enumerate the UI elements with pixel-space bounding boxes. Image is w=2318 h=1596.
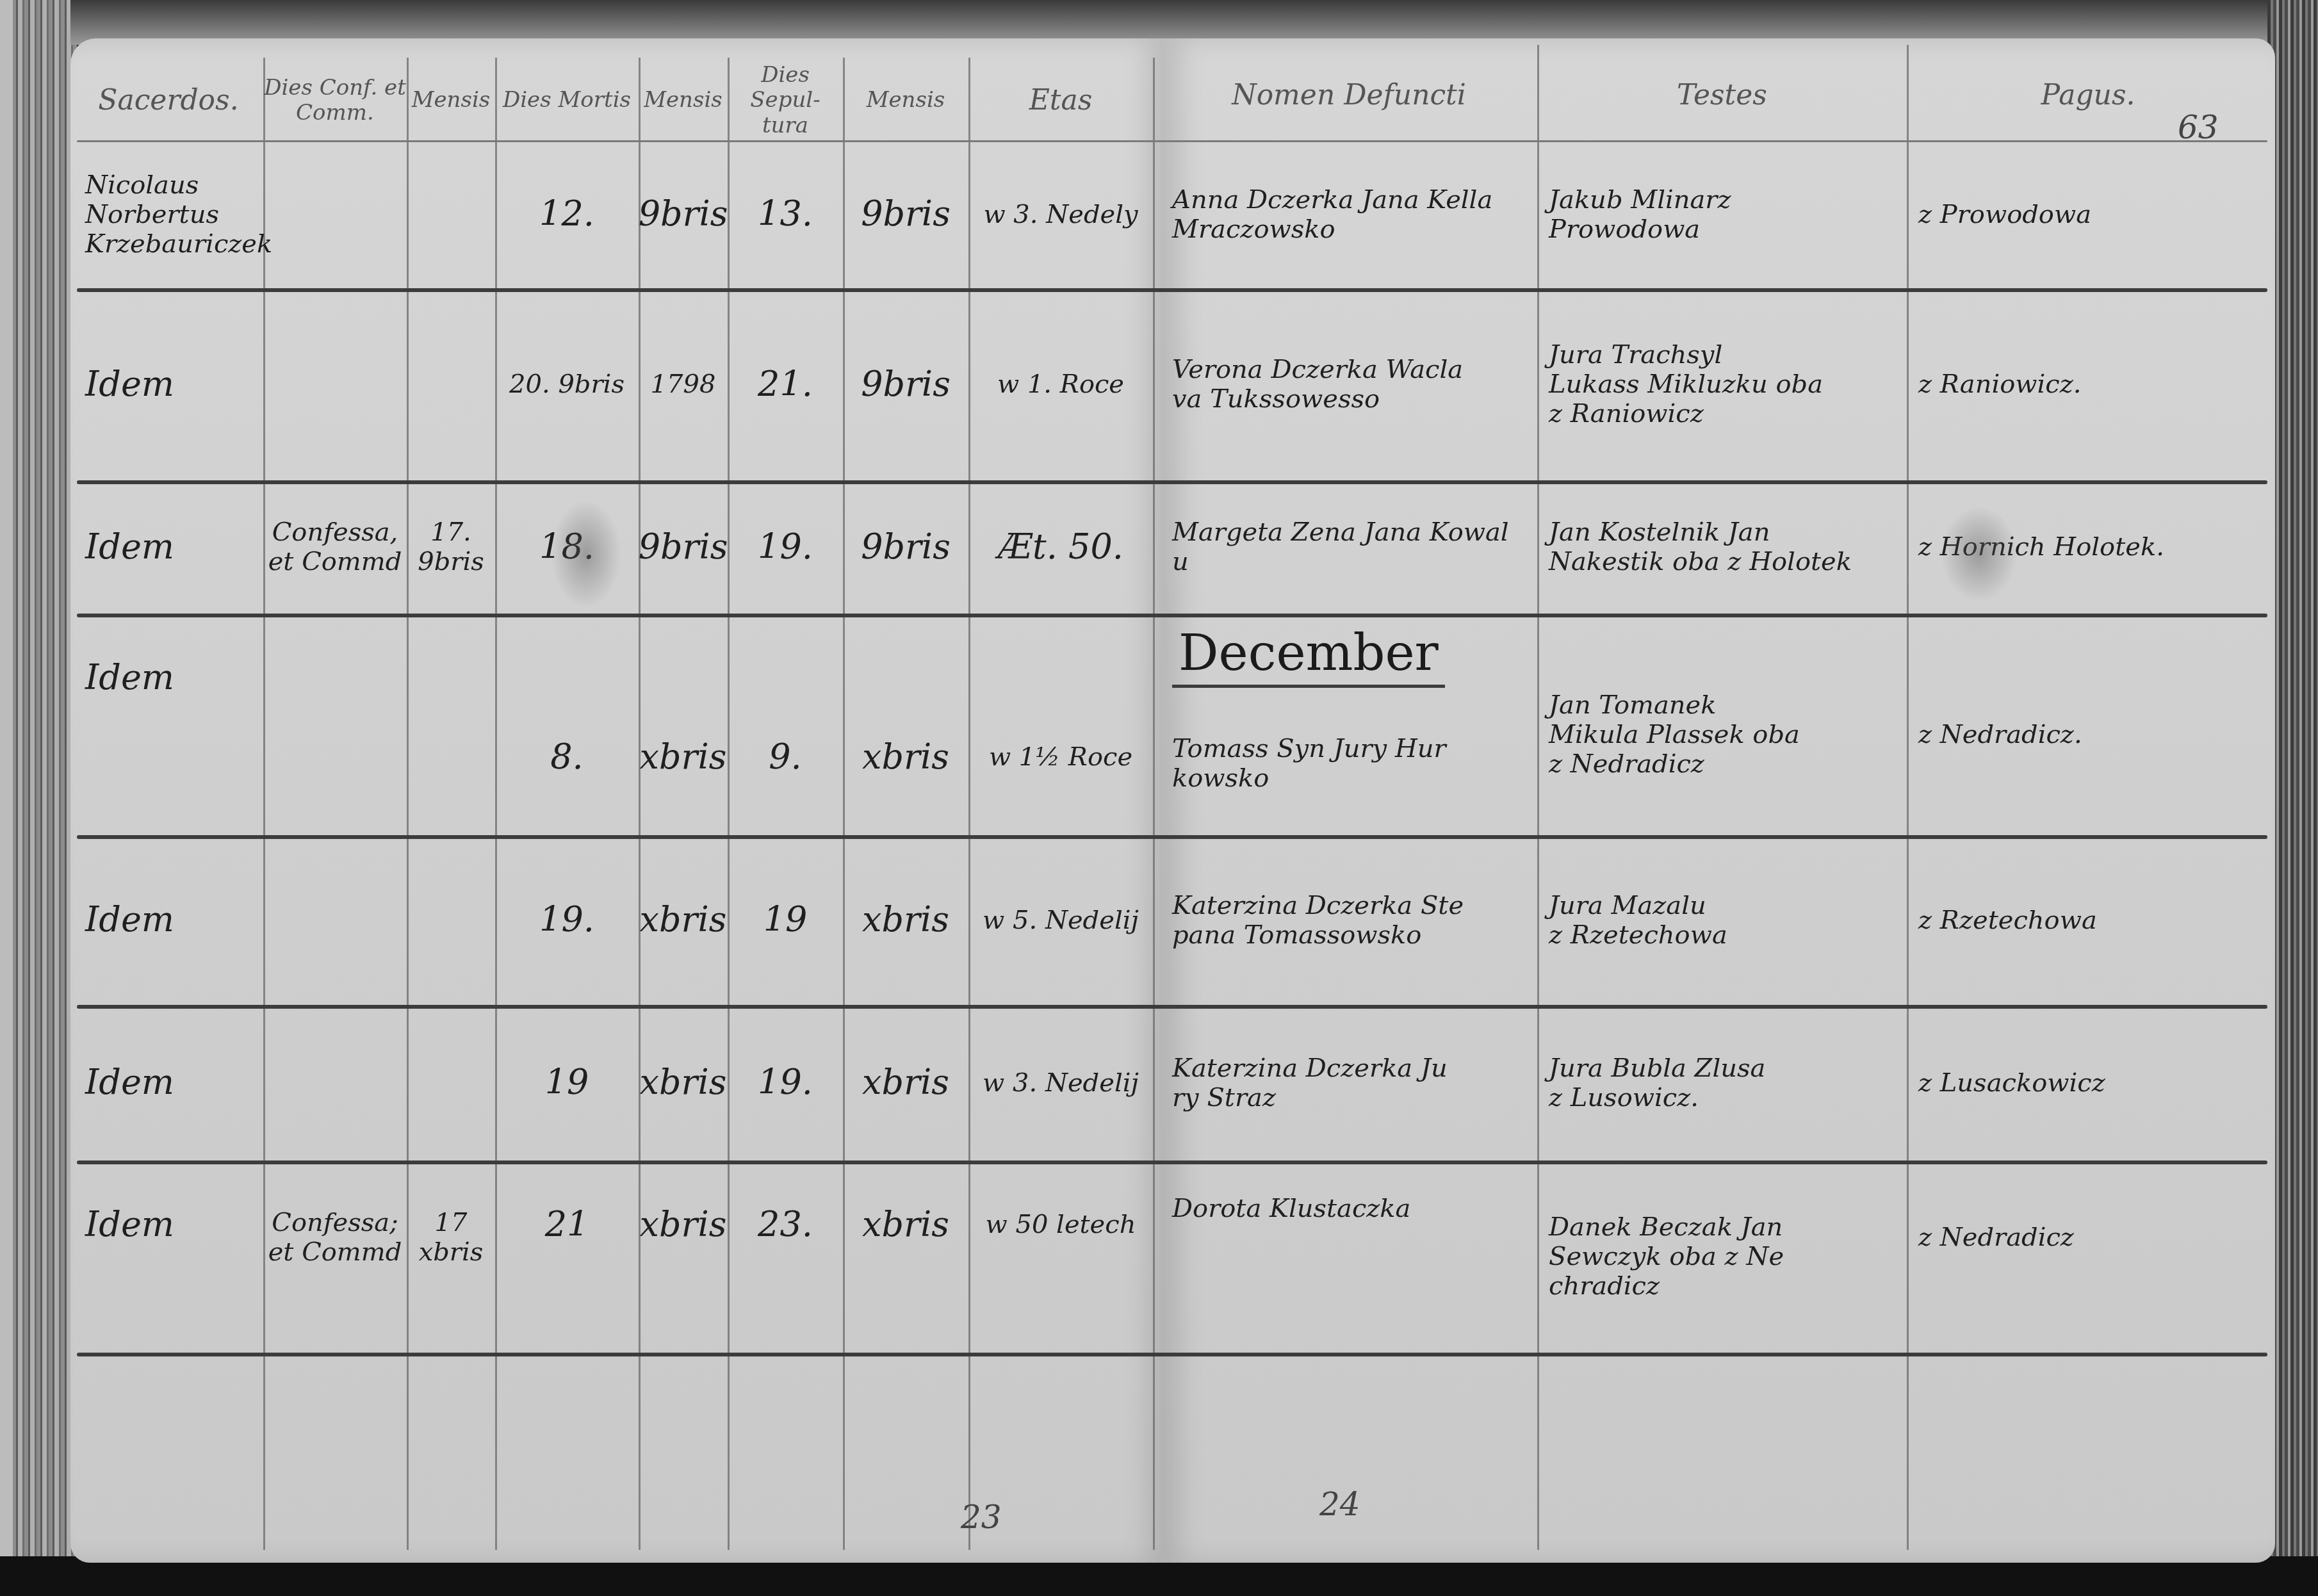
cell-mensis-sepulturae: 9bris [843,480,968,614]
cell-testes: Jan Kostelnik Jan Nakestik oba z Holotek [1537,480,1918,614]
header-testes: Testes [1537,51,1907,140]
cell-nomen-defuncti: Verona Dczerka Wacla va Tukssowesso [1161,288,1549,480]
cell-mensis-mortis: 1798 [639,288,728,480]
cell-nomen-defuncti: Dorota Klustaczka [1161,1160,1549,1257]
cell-dies-mortis: 20. 9bris [495,288,639,480]
cell-dies-sepulturae: 19 [728,835,843,1005]
cell-nomen-defuncti: Katerzina Dczerka Ste pana Tomassowsko [1161,835,1549,1005]
cell-testes: Jura Trachsyl Lukass Mikluzku oba z Rani… [1537,288,1918,480]
cell-mensis-sepulturae: xbris [843,835,968,1005]
cell-nomen-defuncti: Anna Dczerka Jana Kella Mraczowsko [1161,140,1549,288]
header-dies-sepulturae: Dies Sepul- tura [728,61,843,140]
cell-nomen-defuncti: Tomass Syn Jury Hur kowsko [1161,692,1549,835]
cell-testes: Jakub Mlinarz Prowodowa [1537,140,1918,288]
cell-sacerdos: Idem [74,835,275,1005]
cell-dies-mortis: 19 [495,1005,639,1160]
cell-mensis-mortis: xbris [639,679,728,835]
cell-sacerdos: Idem [74,1005,275,1160]
cell-nomen-defuncti: Margeta Zena Jana Kowal u [1161,480,1549,614]
cell-dies-sepulturae: 19. [728,480,843,614]
cell-mensis-conf: 17 xbris [407,1160,495,1314]
cell-testes: Jan Tomanek Mikula Plassek oba z Nedradi… [1537,634,1918,835]
header-dies-conf-comm: Dies Conf. et Comm. [263,61,407,140]
cell-mensis-mortis: xbris [639,835,728,1005]
cell-dies-mortis: 19. [495,835,639,1005]
cell-dies-sepulturae: 23. [728,1160,843,1289]
cell-mensis-sepulturae: xbris [843,1160,968,1289]
cell-sacerdos: Idem [74,1160,275,1289]
ink-smudge [1941,506,2018,602]
cell-mensis-mortis: 9bris [639,480,728,614]
cell-aetas: w 3. Nedely [968,140,1153,288]
header-aetas: Etas [968,61,1153,140]
header-mensis-1: Mensis [407,61,495,140]
page-number-right: 24 [1319,1486,1360,1523]
cell-mensis-conf: 17. 9bris [407,480,495,614]
cell-dies-sepulturae: 21. [728,288,843,480]
cell-testes: Jura Bubla Zlusa z Lusowicz. [1537,1005,1918,1160]
cell-dies-sepulturae: 19. [728,1005,843,1160]
cell-testes: Jura Mazalu z Rzetechowa [1537,835,1918,1005]
cell-mensis-mortis: 9bris [639,140,728,288]
header-mensis-2: Mensis [639,61,728,140]
cell-aetas: w 1. Roce [968,288,1153,480]
cell-pagus: z Nedradicz. [1907,634,2281,835]
book-page-edges-left [0,0,77,1596]
cell-dies-sepulturae: 9. [728,679,843,835]
column-rule [1153,58,1155,1550]
cell-mensis-sepulturae: xbris [843,1005,968,1160]
column-rule [407,58,409,1550]
page-number-left: 23 [961,1499,1002,1536]
row-divider [77,614,2267,617]
cell-mensis-sepulturae: 9bris [843,288,968,480]
cell-aetas: Æt. 50. [968,480,1153,614]
cell-sacerdos: Nicolaus Norbertus Krzebauriczek [74,140,275,288]
cell-dies-mortis: 8. [495,679,639,835]
cell-sacerdos: Idem [74,614,275,742]
cell-nomen-defuncti: Katerzina Dczerka Ju ry Straz [1161,1005,1549,1160]
cell-mensis-mortis: xbris [639,1005,728,1160]
header-mensis-3: Mensis [843,61,968,140]
cell-mensis-mortis: xbris [639,1160,728,1289]
cell-aetas: w 5. Nedelij [968,835,1153,1005]
month-heading-december: December [1172,624,1445,688]
cell-aetas: w 3. Nedelij [968,1005,1153,1160]
header-dies-mortis: Dies Mortis [495,61,639,140]
cell-pagus: z Raniowicz. [1907,288,2281,480]
cell-mensis-sepulturae: xbris [843,679,968,835]
cell-dies-mortis: 12. [495,140,639,288]
cell-aetas: w 1½ Roce [968,679,1153,835]
cell-dies-conf-comm: Confessa; et Commd [263,1160,407,1314]
cell-sacerdos: Idem [74,288,275,480]
cell-pagus: z Lusackowicz [1907,1005,2281,1160]
ink-smudge [551,500,621,608]
cell-pagus: z Prowodowa [1907,140,2281,288]
cell-pagus: z Rzetechowa [1907,835,2281,1005]
header-nomen-defuncti: Nomen Defuncti [1161,51,1537,140]
cell-testes: Danek Beczak Jan Sewczyk oba z Ne chradi… [1537,1160,1918,1353]
row-divider [77,1353,2267,1356]
cell-dies-mortis: 21 [495,1160,639,1289]
header-sacerdos: Sacerdos. [74,61,263,140]
cell-mensis-sepulturae: 9bris [843,140,968,288]
cell-aetas: w 50 letech [968,1160,1153,1289]
cell-pagus: z Nedradicz [1907,1160,2281,1314]
cell-sacerdos: Idem [74,480,275,614]
cell-dies-sepulturae: 13. [728,140,843,288]
cell-dies-conf-comm: Confessa, et Commd [263,480,407,614]
